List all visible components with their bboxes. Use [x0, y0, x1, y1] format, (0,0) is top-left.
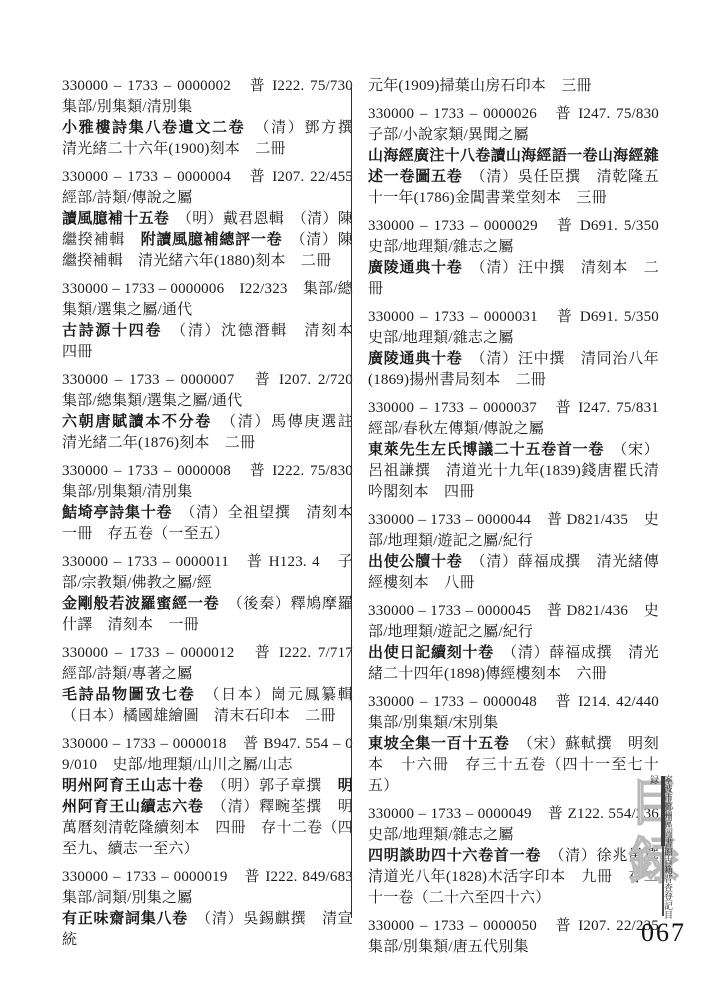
entry-id-line: 330000 – 1733 – 0000008 普 I222. 75/830 集…	[62, 461, 353, 503]
entry-description: 六朝唐賦讀本不分卷 （清）馬傳庚選註 清光緒二年(1876)刻本 二冊	[62, 412, 353, 454]
left-column: 330000 – 1733 – 0000002 普 I222. 75/730 集…	[62, 76, 353, 958]
catalog-entry: 330000 – 1733 – 0000007 普 I207. 2/720 集部…	[62, 370, 353, 454]
work-title: 廣陵通典十卷	[368, 260, 462, 276]
entry-description: 東坡全集一百十五卷 （宋）蘇軾撰 明刻本 十六冊 存三十五卷（四十一至七十五）	[368, 734, 659, 797]
work-title: 鮚埼亭詩集十卷	[62, 505, 172, 521]
catalog-entry: 330000 – 1733 – 0000011 普 H123. 4 子部/宗教類…	[62, 552, 353, 636]
fore-edge-rule-thin	[662, 846, 664, 916]
catalog-entry: 330000 – 1733 – 0000018 普 B947. 554 – 09…	[62, 734, 353, 860]
work-title: 四明談助四十六卷首一卷	[368, 848, 541, 864]
work-title: 附讀風臆補總評一卷	[141, 232, 283, 248]
work-title: 明州阿育王山志十卷	[62, 778, 204, 794]
entry-id-line: 330000 – 1733 – 0000019 普 I222. 849/683 …	[62, 867, 353, 909]
catalog-entry-continuation: 元年(1909)掃葉山房石印本 三冊	[368, 76, 659, 97]
entry-id-line: 330000 – 1733 – 0000012 普 I222. 7/717 經部…	[62, 643, 353, 685]
entry-id-line: 330000 – 1733 – 0000002 普 I222. 75/730 集…	[62, 76, 353, 118]
catalog-entry: 330000 – 1733 – 0000006 I22/323 集部/總集類/選…	[62, 279, 353, 363]
entry-id-line: 330000 – 1733 – 0000044 普 D821/435 史部/地理…	[368, 510, 659, 552]
catalog-entry: 330000 – 1733 – 0000037 普 I247. 75/831 經…	[368, 398, 659, 503]
catalog-entry: 330000 – 1733 – 0000049 普 Z122. 554/236 …	[368, 804, 659, 909]
entry-detail: 元年(1909)掃葉山房石印本 三冊	[368, 78, 592, 94]
entry-id-line: 330000 – 1733 – 0000029 普 D691. 5/350 史部…	[368, 216, 659, 258]
work-title: 東萊先生左氏博議二十五卷首一卷	[368, 442, 604, 458]
entry-description: 山海經廣注十八卷讀山海經語一卷山海經雜述一卷圖五卷 （清）吳任臣撰 清乾隆五十一…	[368, 146, 659, 209]
entry-description: 小雅樓詩集八卷遺文二卷 （清）鄧方撰 清光緒二十六年(1900)刻本 二冊	[62, 118, 353, 160]
column-divider	[351, 83, 352, 918]
right-column: 元年(1909)掃葉山房石印本 三冊330000 – 1733 – 000002…	[368, 76, 659, 965]
work-title: 廣陵通典十卷	[368, 351, 462, 367]
work-title: 有正味齋詞集八卷	[62, 911, 188, 927]
work-title: 東坡全集一百十五卷	[368, 736, 510, 752]
entry-description: 元年(1909)掃葉山房石印本 三冊	[368, 76, 659, 97]
catalog-entry: 330000 – 1733 – 0000012 普 I222. 7/717 經部…	[62, 643, 353, 727]
catalog-entry: 330000 – 1733 – 0000031 普 D691. 5/350 史部…	[368, 307, 659, 391]
catalog-entry: 330000 – 1733 – 0000002 普 I222. 75/730 集…	[62, 76, 353, 160]
entry-id-line: 330000 – 1733 – 0000006 I22/323 集部/總集類/選…	[62, 279, 353, 321]
catalog-entry: 330000 – 1733 – 0000048 普 I214. 42/440 集…	[368, 692, 659, 797]
entry-id-line: 330000 – 1733 – 0000026 普 I247. 75/830 子…	[368, 104, 659, 146]
work-title: 六朝唐賦讀本不分卷	[62, 414, 212, 430]
catalog-entry: 330000 – 1733 – 0000029 普 D691. 5/350 史部…	[368, 216, 659, 300]
work-title: 出使公牘十卷	[368, 554, 462, 570]
entry-description: 廣陵通典十卷 （清）汪中撰 清刻本 二冊	[368, 258, 659, 300]
entry-id-line: 330000 – 1733 – 0000011 普 H123. 4 子部/宗教類…	[62, 552, 353, 594]
entry-description: 鮚埼亭詩集十卷 （清）全祖望撰 清刻本 一冊 存五卷（一至五）	[62, 503, 353, 545]
work-title: 讀風臆補十五卷	[62, 211, 169, 227]
catalog-entry: 330000 – 1733 – 0000044 普 D821/435 史部/地理…	[368, 510, 659, 594]
fore-edge-rule-thick	[661, 776, 665, 846]
entry-id-line: 330000 – 1733 – 0000045 普 D821/436 史部/地理…	[368, 601, 659, 643]
page-number: 067	[641, 918, 686, 948]
entry-id-line: 330000 – 1733 – 0000031 普 D691. 5/350 史部…	[368, 307, 659, 349]
entry-description: 金剛般若波羅蜜經一卷 （後秦）釋鳩摩羅什譯 清刻本 一冊	[62, 594, 353, 636]
catalog-entry: 330000 – 1733 – 0000004 普 I207. 22/455 經…	[62, 167, 353, 272]
work-title: 古詩源十四卷	[62, 323, 162, 339]
work-title: 毛詩品物圖攷七卷	[62, 687, 195, 703]
entry-description: 讀風臆補十五卷 （明）戴君恩輯 （清）陳繼揆補輯 附讀風臆補總評一卷 （清）陳繼…	[62, 209, 353, 272]
entry-id-line: 330000 – 1733 – 0000050 普 I207. 22/235 集…	[368, 916, 659, 958]
work-title: 出使日記續刻十卷	[368, 645, 494, 661]
entry-description: 古詩源十四卷 （清）沈德潛輯 清刻本 四冊	[62, 321, 353, 363]
entry-id-line: 330000 – 1733 – 0000004 普 I207. 22/455 經…	[62, 167, 353, 209]
catalog-entry: 330000 – 1733 – 0000050 普 I207. 22/235 集…	[368, 916, 659, 958]
catalog-entry: 330000 – 1733 – 0000019 普 I222. 849/683 …	[62, 867, 353, 951]
catalog-entry: 330000 – 1733 – 0000008 普 I222. 75/830 集…	[62, 461, 353, 545]
entry-description: 毛詩品物圖攷七卷 （日本）崗元鳳纂輯 （日本）橘國雄繪圖 清末石印本 二冊	[62, 685, 353, 727]
entry-description: 廣陵通典十卷 （清）汪中撰 清同治八年(1869)揚州書局刻本 二冊	[368, 349, 659, 391]
entry-id-line: 330000 – 1733 – 0000049 普 Z122. 554/236 …	[368, 804, 659, 846]
entry-description: 出使日記續刻十卷 （清）薛福成撰 清光緒二十四年(1898)傳經樓刻本 六冊	[368, 643, 659, 685]
entry-id-line: 330000 – 1733 – 0000037 普 I247. 75/831 經…	[368, 398, 659, 440]
entry-detail: （明）郭子章撰	[204, 778, 338, 794]
entry-id-line: 330000 – 1733 – 0000007 普 I207. 2/720 集部…	[62, 370, 353, 412]
entry-description: 有正味齋詞集八卷 （清）吳錫麒撰 清宣統	[62, 909, 353, 951]
entry-id-line: 330000 – 1733 – 0000018 普 B947. 554 – 09…	[62, 734, 353, 776]
entry-id-line: 330000 – 1733 – 0000048 普 I214. 42/440 集…	[368, 692, 659, 734]
catalog-page: 330000 – 1733 – 0000002 普 I222. 75/730 集…	[0, 0, 710, 1000]
entry-description: 明州阿育王山志十卷 （明）郭子章撰 明州阿育王山續志六卷 （清）釋畹荃撰 明萬曆…	[62, 776, 353, 860]
catalog-entry: 330000 – 1733 – 0000045 普 D821/436 史部/地理…	[368, 601, 659, 685]
entry-description: 東萊先生左氏博議二十五卷首一卷 （宋）呂祖謙撰 清道光十九年(1839)錢唐瞿氏…	[368, 440, 659, 503]
work-title: 小雅樓詩集八卷遺文二卷	[62, 120, 245, 136]
entry-description: 出使公牘十卷 （清）薛福成撰 清光緒傳經樓刻本 八冊	[368, 552, 659, 594]
entry-description: 四明談助四十六卷首一卷 （清）徐兆昺撰 清道光八年(1828)木活字印本 九冊 …	[368, 846, 659, 909]
catalog-entry: 330000 – 1733 – 0000026 普 I247. 75/830 子…	[368, 104, 659, 209]
work-title: 金剛般若波羅蜜經一卷	[62, 596, 219, 612]
